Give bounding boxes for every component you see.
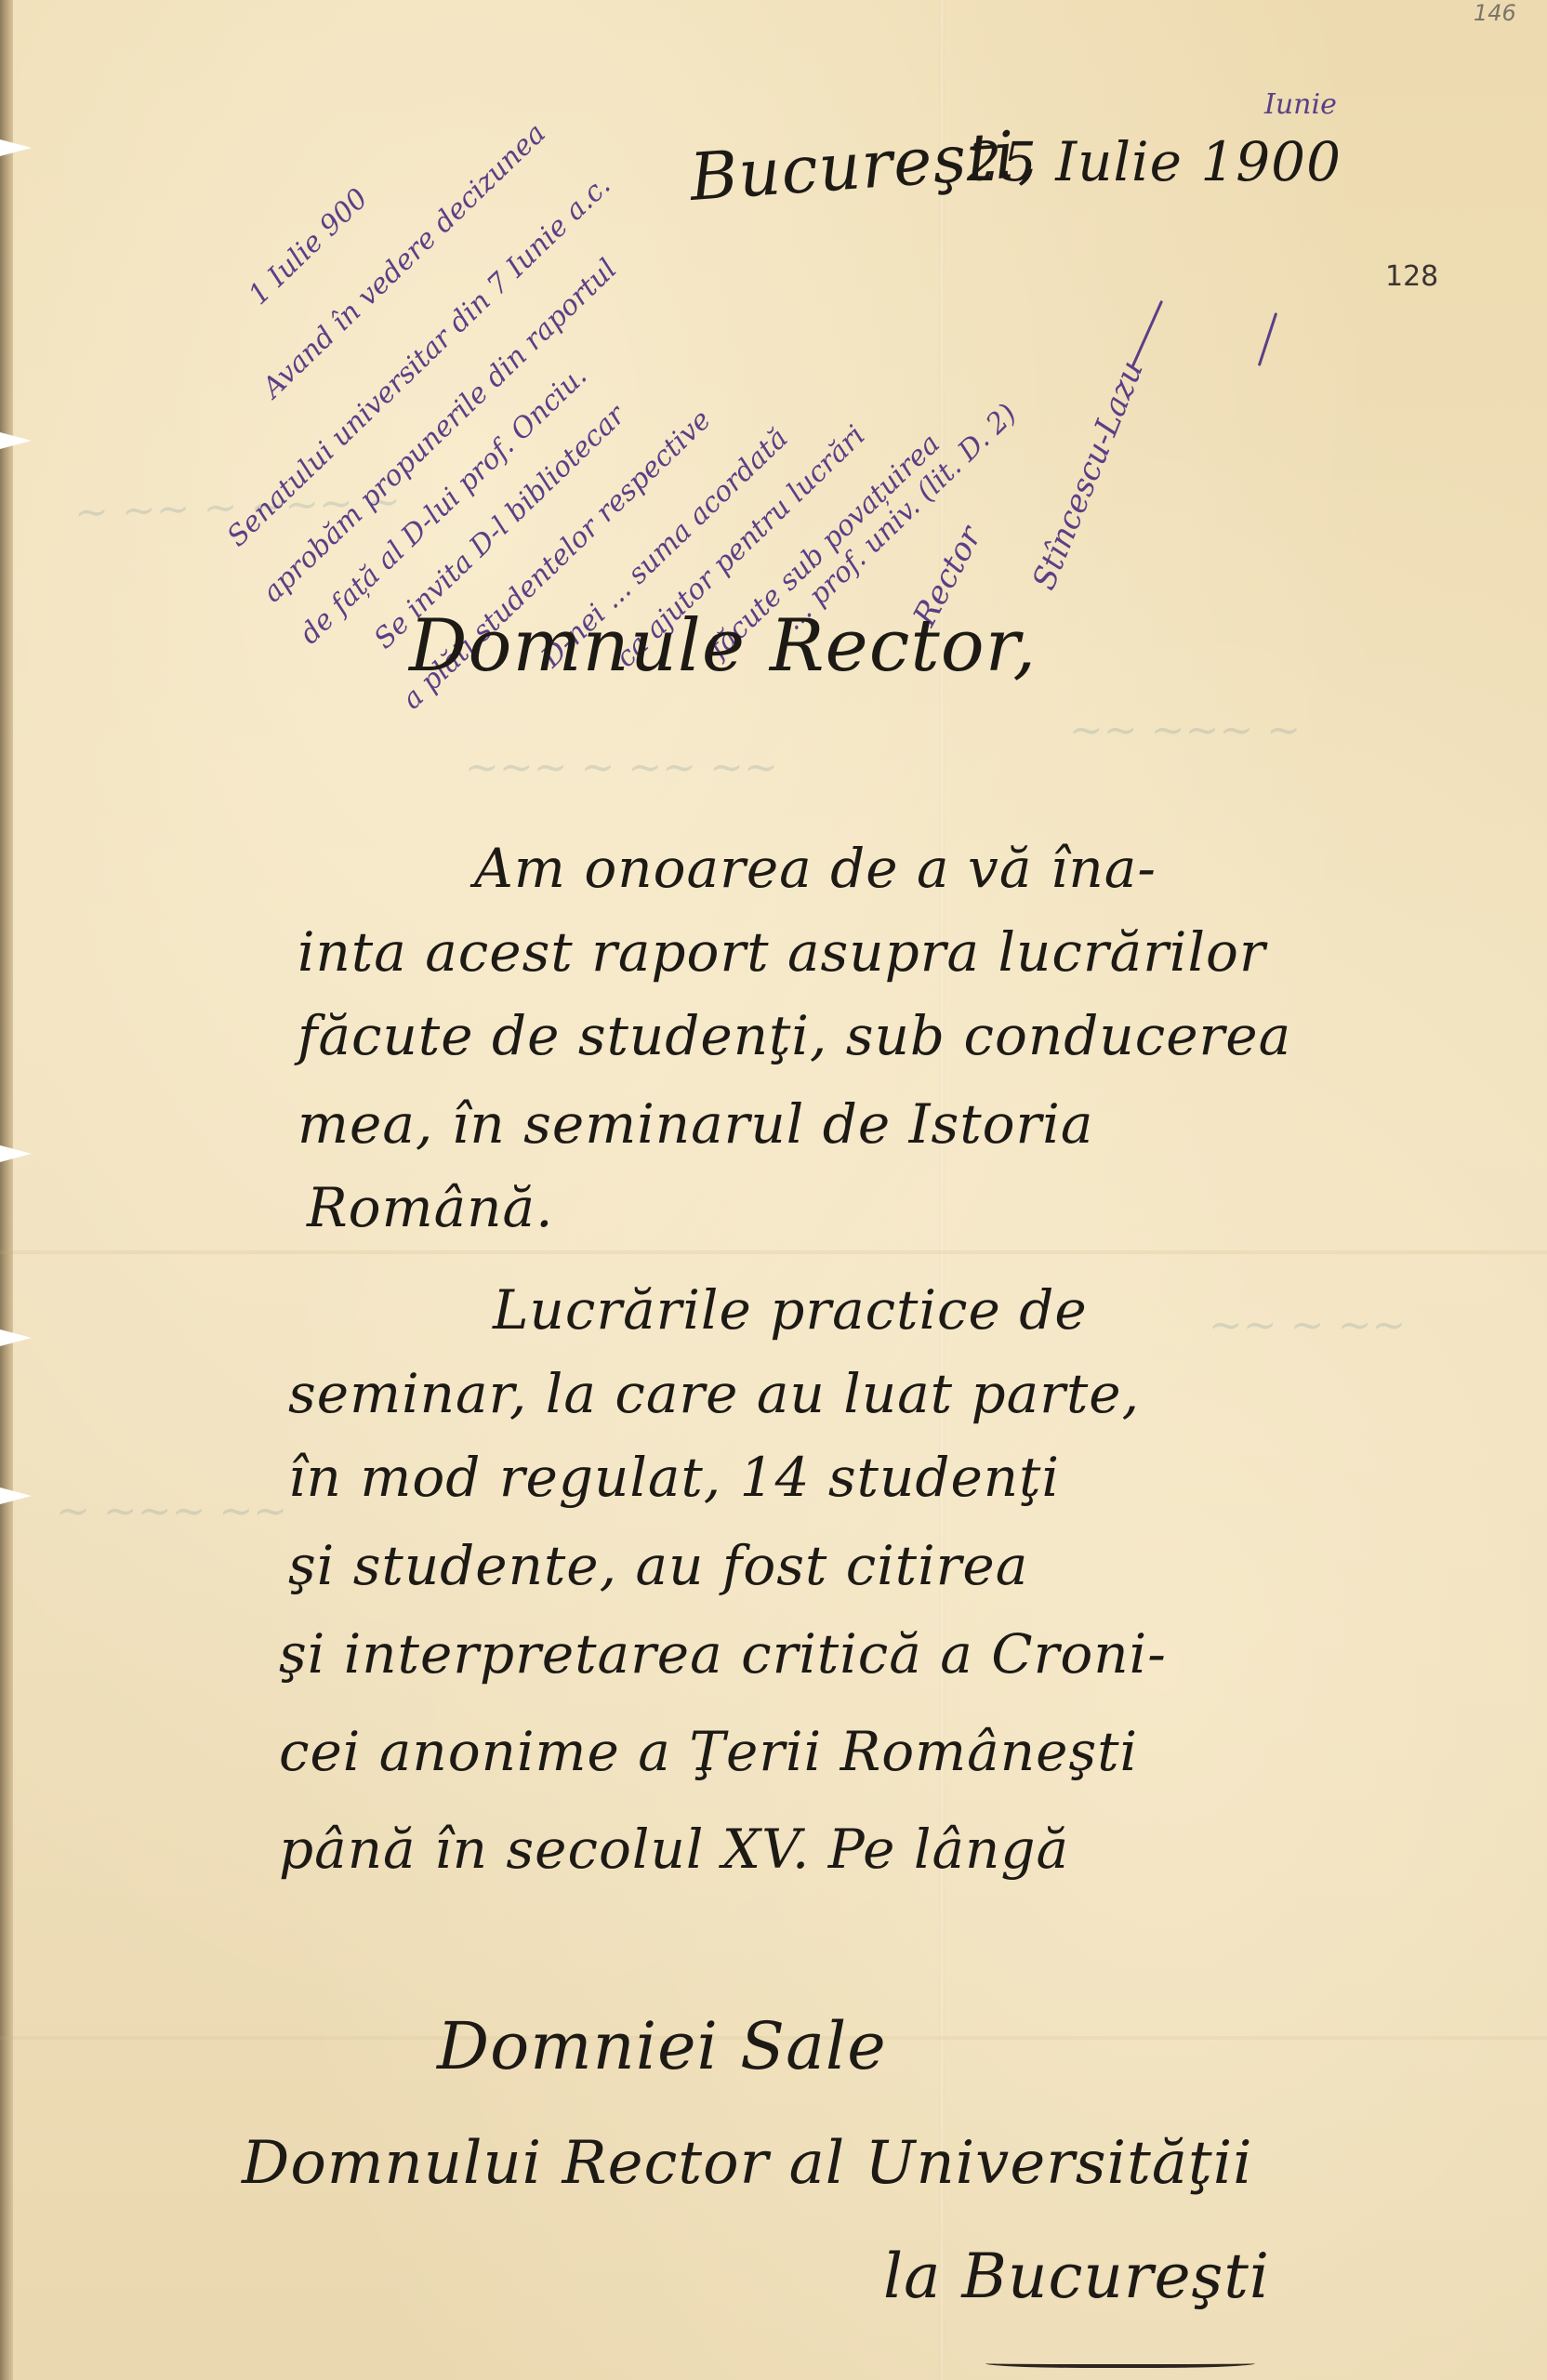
paper-fold (0, 1250, 1547, 1254)
torn-edge-mark (0, 1329, 32, 1346)
binding-edge (0, 0, 13, 2380)
closing-addressee-line: la Bucureşti (883, 2241, 1270, 2312)
annotation-signature: Stîncescu-Lazu (1025, 356, 1151, 595)
folio-number: 146 (1474, 0, 1516, 26)
letter-date: 25 Iulie 1900 (967, 130, 1342, 193)
torn-edge-mark (0, 432, 32, 449)
body-line: seminar, la care au luat parte, (288, 1362, 1140, 1425)
registration-number: 128 (1385, 260, 1438, 293)
letter-salutation: Domnule Rector, (409, 604, 1037, 688)
body-line: Lucrările practice de (493, 1278, 1088, 1342)
closing-addressee-line: Domniei Sale (437, 2008, 887, 2084)
bleed-through-texture: ~~ ~~~ ~ (1069, 707, 1301, 754)
annotation-line: ... prof. univ. (lit. D. 2) (777, 398, 1024, 637)
bleed-through-texture: ~ ~~~ ~~ (56, 1487, 287, 1535)
torn-edge-mark (0, 1145, 32, 1162)
torn-edge-mark (0, 1487, 32, 1504)
body-line: şi studente, au fost citirea (288, 1534, 1028, 1597)
body-line: făcute de studenţi, sub conducerea (297, 1004, 1291, 1067)
body-line: în mod regulat, 14 studenţi (288, 1446, 1060, 1509)
body-line: până în secolul XV. Pe lângă (279, 1818, 1069, 1881)
body-line: inta acest raport asupra lucrărilor (297, 920, 1266, 984)
closing-addressee-line: Domnului Rector al Universităţii (242, 2129, 1253, 2198)
body-line: mea, în seminarul de Istoria (297, 1092, 1093, 1156)
paper-fold (939, 0, 945, 2380)
underline-flourish (985, 2357, 1255, 2368)
date-correction-annotation: Iunie (1264, 88, 1337, 121)
bleed-through-texture: ~~~ ~ ~~ ~~ (465, 744, 778, 791)
body-line: Am onoarea de a vă îna- (474, 837, 1157, 900)
document-page: ~ ~~ ~ ~~~ ~ ~~~ ~ ~~ ~~ ~~ ~~~ ~ ~ ~~~ … (0, 0, 1547, 2380)
torn-edge-mark (0, 139, 32, 156)
annotation-paren-mark (1258, 312, 1277, 366)
body-line: Română. (307, 1176, 554, 1239)
body-line: cei anonime a Ţerii Româneşti (279, 1720, 1138, 1783)
annotation-dash-mark (1130, 300, 1163, 369)
body-line: şi interpretarea critică a Croni- (279, 1622, 1167, 1686)
bleed-through-texture: ~~ ~ ~~ (1209, 1302, 1406, 1349)
